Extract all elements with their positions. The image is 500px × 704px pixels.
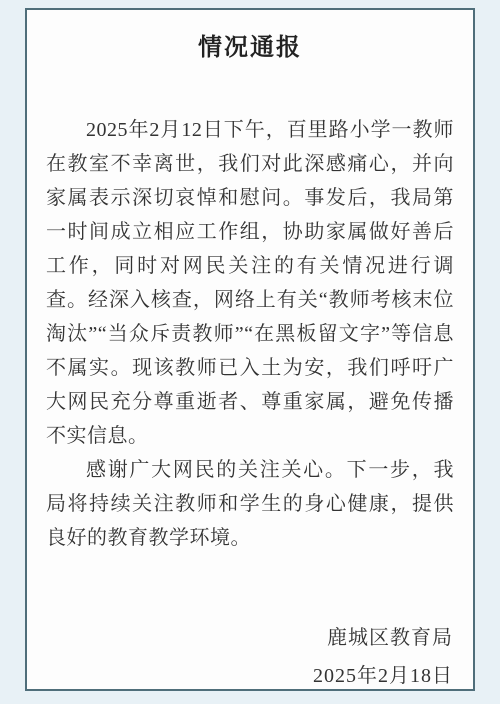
issuer-name: 鹿城区教育局 [27, 619, 453, 657]
signature-block: 鹿城区教育局 2025年2月18日 [27, 619, 473, 695]
notice-body: 2025年2月12日下午，百里路小学一教师在教室不幸离世，我们对此深感痛心，并向… [27, 113, 473, 555]
notice-card: 情况通报 2025年2月12日下午，百里路小学一教师在教室不幸离世，我们对此深感… [25, 8, 475, 691]
issue-date: 2025年2月18日 [27, 657, 453, 695]
notice-title: 情况通报 [27, 10, 473, 63]
notice-paragraph-2: 感谢广大网民的关注关心。下一步，我局将持续关注教师和学生的身心健康，提供良好的教… [46, 453, 454, 555]
notice-paragraph-1: 2025年2月12日下午，百里路小学一教师在教室不幸离世，我们对此深感痛心，并向… [46, 113, 454, 453]
